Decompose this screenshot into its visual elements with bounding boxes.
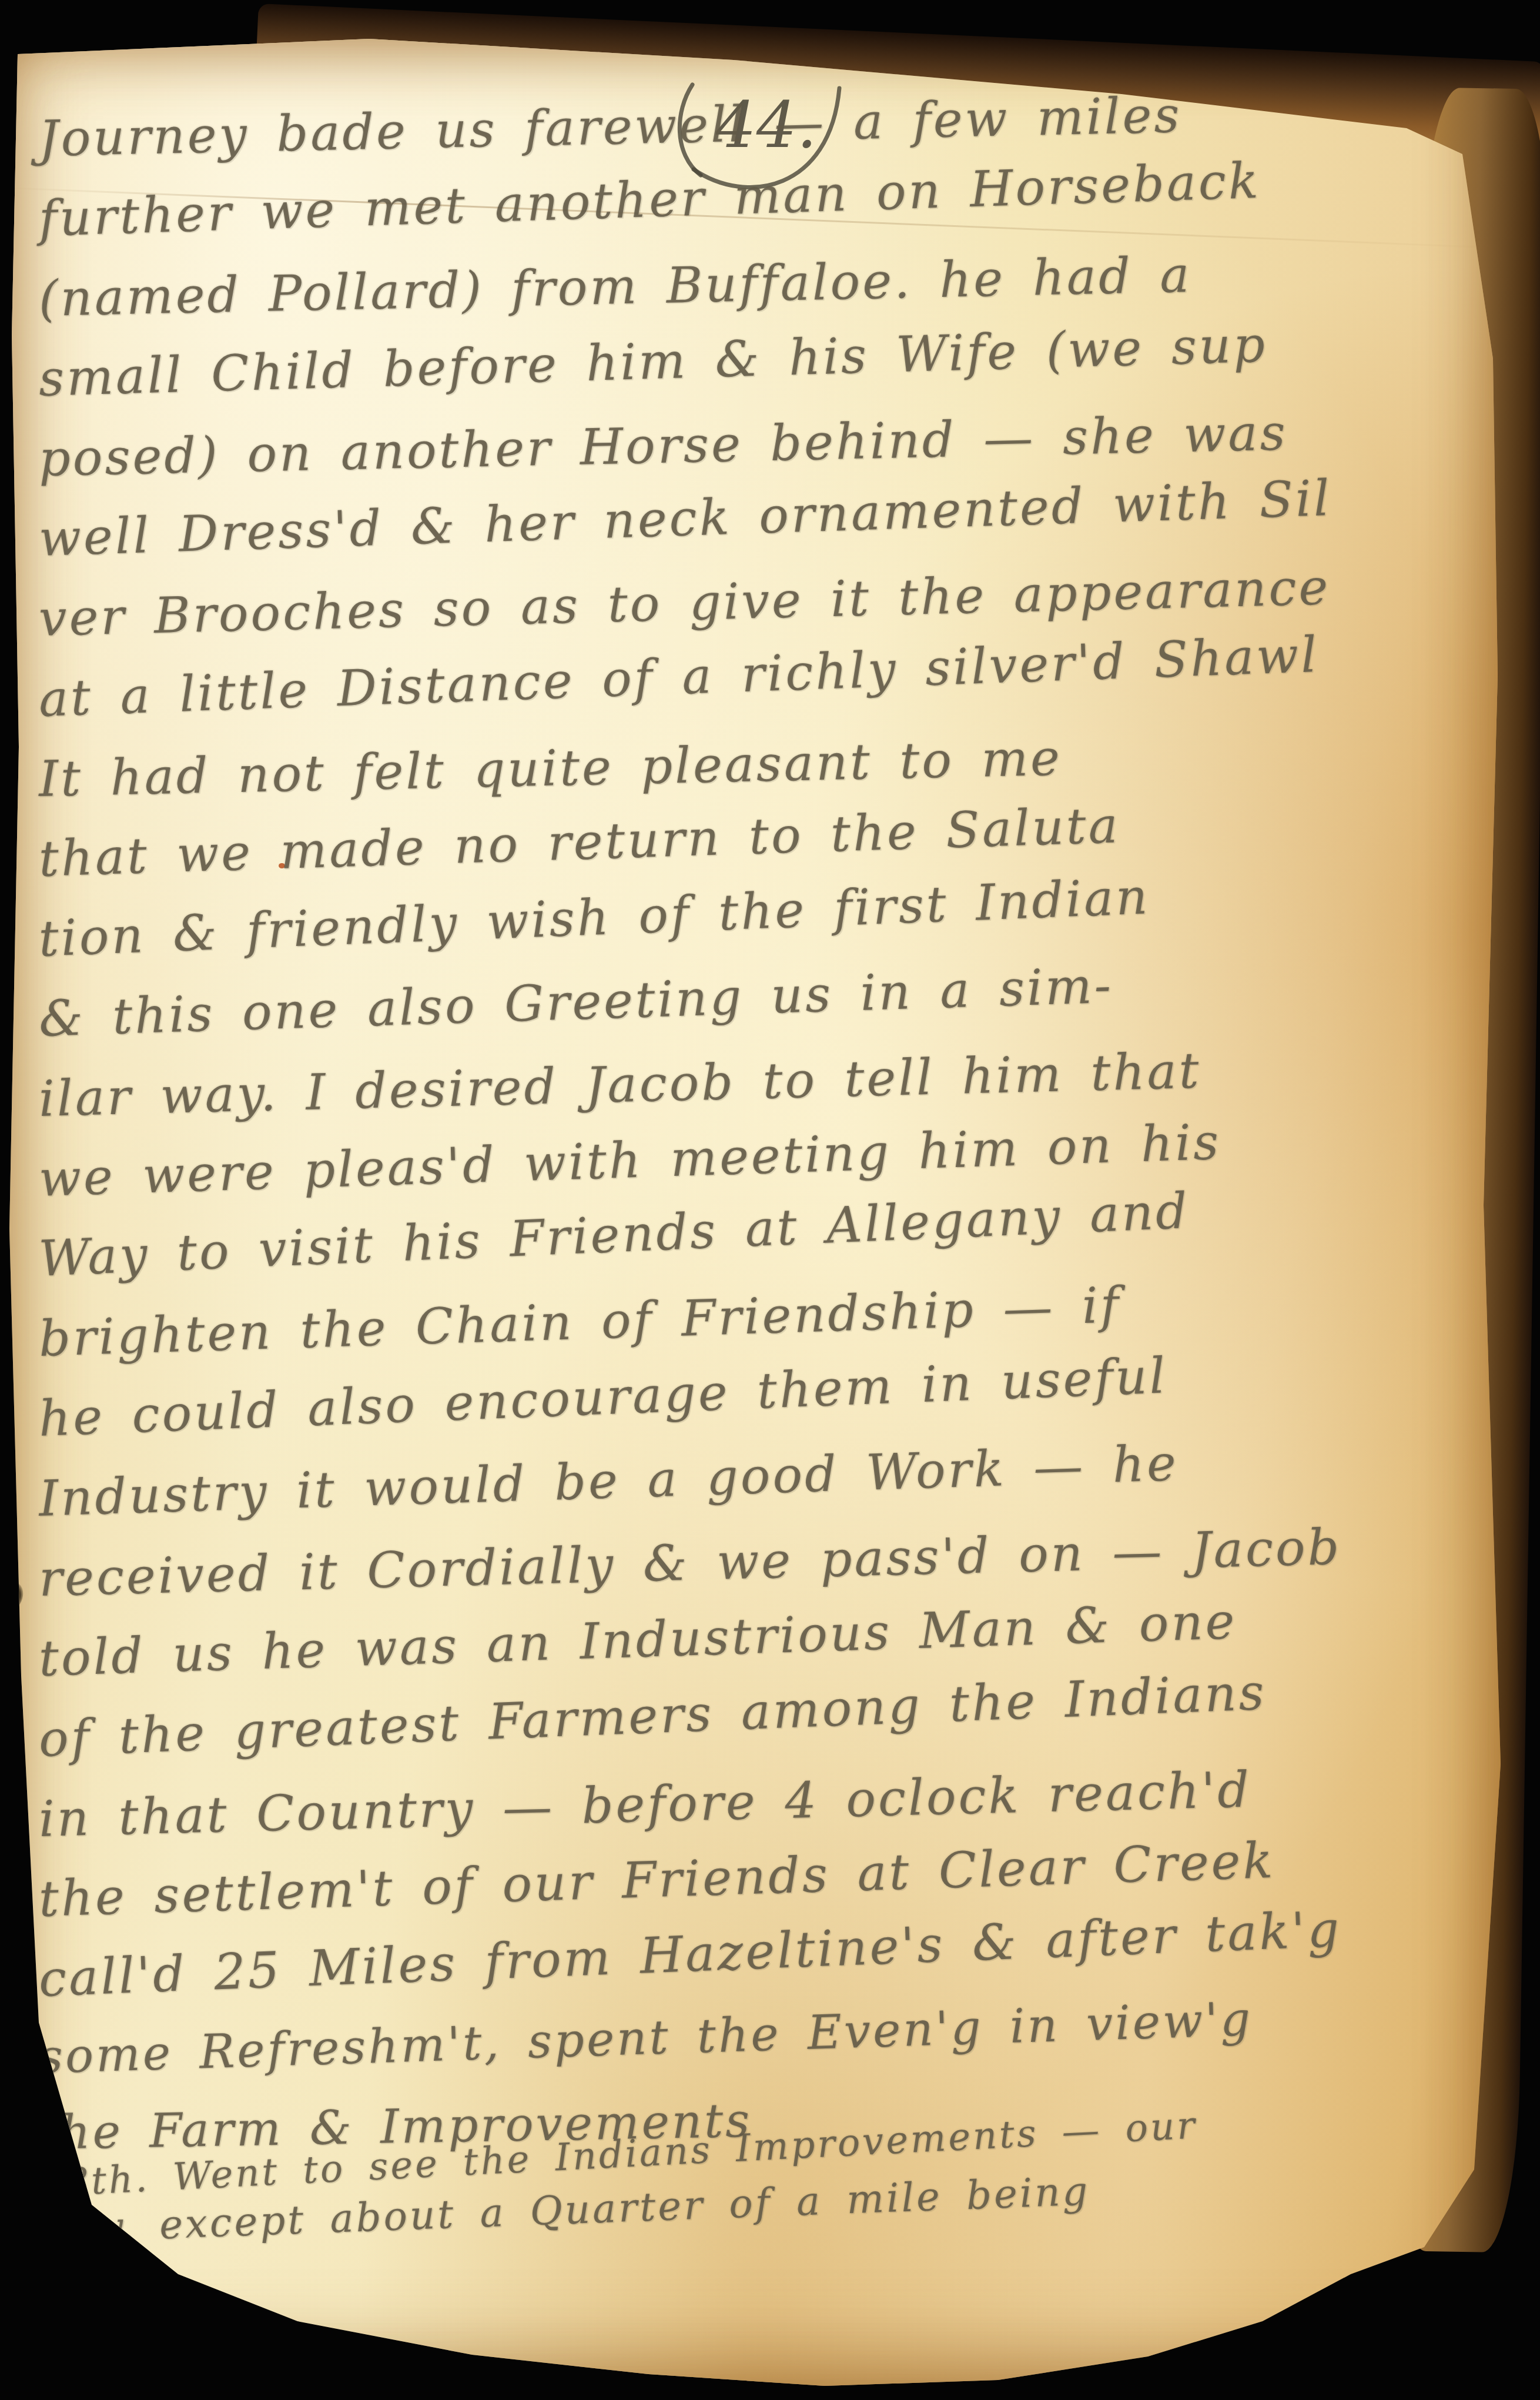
journal-text: Journey bade us farewell — a few milesfu… bbox=[39, 99, 1455, 2262]
ink-blot bbox=[0, 1579, 28, 1616]
manuscript-page: 44. Journey bade us farewell — a few mil… bbox=[5, 29, 1512, 2394]
photo-background: 44. Journey bade us farewell — a few mil… bbox=[0, 0, 1540, 2400]
